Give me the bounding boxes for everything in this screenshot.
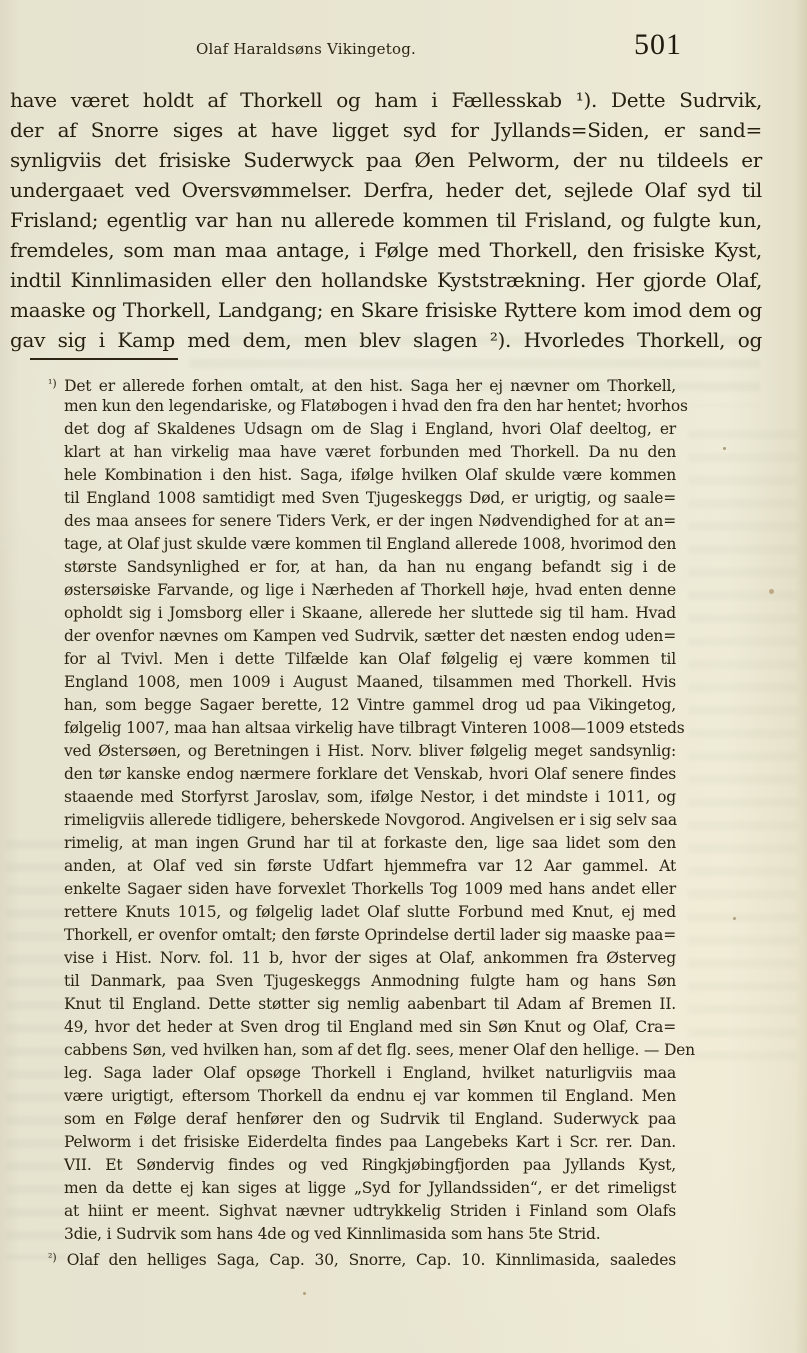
- footnote-line: følgelig 1007, maa han altsaa virkelig h…: [64, 717, 676, 740]
- footnote-line: til Danmark, paa Sven Tjugeskeggs Anmodn…: [64, 970, 676, 993]
- footnote-line: ved Østersøen, og Beretningen i Hist. No…: [64, 740, 676, 763]
- footnote-line: opholdt sig i Jomsborg eller i Skaane, a…: [64, 602, 676, 625]
- body-text-line: synligviis det frisiske Suderwyck paa Øe…: [10, 145, 762, 175]
- footnote-line: den tør kanske endog nærmere forklare de…: [64, 763, 676, 786]
- footnote-line: som en Følge deraf henfører den og Sudrv…: [64, 1108, 676, 1131]
- bleedthrough-texture: [688, 430, 798, 1070]
- footnote-line: Thorkell, er ovenfor omtalt; den første …: [64, 924, 676, 947]
- footnote-line: staaende med Storfyrst Jaroslav, som, if…: [64, 786, 676, 809]
- body-text-line: indtil Kinnlimasiden eller den hollandsk…: [10, 265, 762, 295]
- footnote-line: for al Tvivl. Men i dette Tilfælde kan O…: [64, 648, 676, 671]
- footnote-line: VII. Et Søndervig findes og ved Ringkjøb…: [64, 1154, 676, 1177]
- footnote-line: anden, at Olaf ved sin første Udfart hje…: [64, 855, 676, 878]
- body-text-line: have været holdt af Thorkell og ham i Fæ…: [10, 85, 762, 115]
- footnote-line: ²) Olaf den helliges Saga, Cap. 30, Snor…: [48, 1246, 676, 1269]
- body-text-line: maaske og Thorkell, Landgang; en Skare f…: [10, 295, 762, 325]
- body-text-line: der af Snorre siges at have ligget syd f…: [10, 115, 762, 145]
- footnote-separator-rule: [30, 358, 178, 360]
- footnote: ²) Olaf den helliges Saga, Cap. 30, Snor…: [64, 1246, 676, 1269]
- footnote-line: rimeligviis allerede tidligere, beherske…: [64, 809, 676, 832]
- body-text-line: undergaaet ved Oversvømmelser. Derfra, h…: [10, 175, 762, 205]
- footnote-line: hele Kombination i den hist. Saga, ifølg…: [64, 464, 676, 487]
- body-text: have været holdt af Thorkell og ham i Fæ…: [10, 85, 762, 355]
- page: Olaf Haraldsøns Vikingetog. 501 have vær…: [0, 0, 807, 1353]
- footnote-line: England 1008, men 1009 i August Maaned, …: [64, 671, 676, 694]
- footnote-line: Pelworm i det frisiske Eiderdelta findes…: [64, 1131, 676, 1154]
- footnote-line: vise i Hist. Norv. fol. 11 b, hvor der s…: [64, 947, 676, 970]
- footnote-line: østersøiske Farvande, og lige i Nærheden…: [64, 579, 676, 602]
- footnote-line: største Sandsynlighed er for, at han, da…: [64, 556, 676, 579]
- footnote-line: Knut til England. Dette støtter sig neml…: [64, 993, 676, 1016]
- footnote-line: men da dette ej kan siges at ligge „Syd …: [64, 1177, 676, 1200]
- body-text-line: gav sig i Kamp med dem, men blev slagen …: [10, 325, 762, 355]
- footnote-line: han, som begge Sagaer berette, 12 Vintre…: [64, 694, 676, 717]
- footnote-line: 3die, i Sudrvik som hans 4de og ved Kinn…: [64, 1223, 676, 1246]
- footnote-line: enkelte Sagaer siden have forvexlet Thor…: [64, 878, 676, 901]
- body-text-line: Frisland; egentlig var han nu allerede k…: [10, 205, 762, 235]
- footnote-line: rimelig, at man ingen Grund har til at f…: [64, 832, 676, 855]
- footnote-line: rettere Knuts 1015, og følgelig ladet Ol…: [64, 901, 676, 924]
- footnote-line: leg. Saga lader Olaf opsøge Thorkell i E…: [64, 1062, 676, 1085]
- footnote-marker: ²): [48, 1251, 57, 1264]
- footnote-line: der ovenfor nævnes om Kampen ved Sudrvik…: [64, 625, 676, 648]
- footnote-line: det dog af Skaldenes Udsagn om de Slag i…: [64, 418, 676, 441]
- paper-speck: [723, 447, 726, 450]
- page-number: 501: [628, 28, 688, 62]
- body-text-line: fremdeles, som man maa antage, i Følge m…: [10, 235, 762, 265]
- bleedthrough-texture: [6, 840, 66, 1260]
- footnote-line: cabbens Søn, ved hvilken han, som af det…: [64, 1039, 676, 1062]
- footnote-line: ¹) Det er allerede forhen omtalt, at den…: [48, 372, 676, 395]
- footnote-line: klart at han virkelig maa have været for…: [64, 441, 676, 464]
- footnote-line: des maa ansees for senere Tiders Verk, e…: [64, 510, 676, 533]
- footnote-line: tage, at Olaf just skulde være kommen ti…: [64, 533, 676, 556]
- running-header: Olaf Haraldsøns Vikingetog.: [150, 40, 462, 58]
- footnote-line: være urigtigt, eftersom Thorkell da endn…: [64, 1085, 676, 1108]
- footnote-line: 49, hvor det heder at Sven drog til Engl…: [64, 1016, 676, 1039]
- footnote-line: at hiint er meent. Sighvat nævner udtryk…: [64, 1200, 676, 1223]
- book-page-scan: { "page": { "number": "501", "header_tit…: [0, 0, 807, 1353]
- footnote-line: til England 1008 samtidigt med Sven Tjug…: [64, 487, 676, 510]
- footnotes: ¹) Det er allerede forhen omtalt, at den…: [64, 372, 676, 1269]
- footnote-line: men kun den legendariske, og Flatøbogen …: [64, 395, 676, 418]
- footnote: ¹) Det er allerede forhen omtalt, at den…: [64, 372, 676, 1246]
- footnote-marker: ¹): [48, 377, 57, 390]
